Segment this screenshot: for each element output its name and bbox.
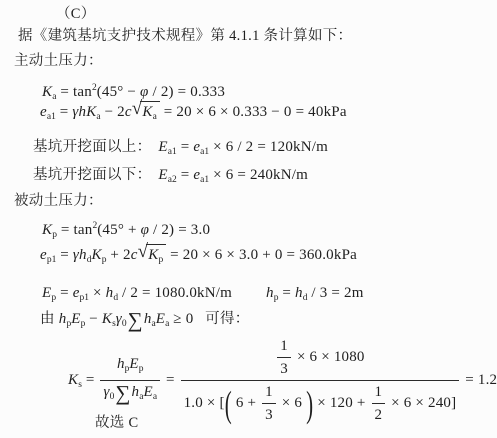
formula-ks: Ks = hpEpγ0∑haEa = 13 × 6 × 10801.0 × [(…: [68, 336, 497, 425]
fraction-numerator: 13 × 6 × 1080: [181, 336, 460, 380]
math-token: −: [85, 311, 102, 327]
math-token: e: [40, 247, 47, 263]
math-token: c: [125, 104, 132, 120]
math-token: e: [73, 285, 80, 301]
math-token: 0: [122, 319, 127, 329]
fraction: 13 × 6 × 10801.0 × [( 6 + 13 × 6 ) × 120…: [181, 336, 460, 425]
intro-text: 据《建筑基坑支护技术规程》第 4.1.1 条计算如下：: [18, 27, 352, 45]
math-token: + 2: [106, 247, 130, 263]
math-token: p1: [80, 293, 90, 303]
passive-pressure-heading: 被动土压力：: [14, 192, 103, 210]
math-token: 由: [40, 311, 59, 327]
math-token: E: [42, 285, 51, 301]
math-token: K: [142, 104, 152, 120]
math-token: (: [225, 390, 232, 418]
math-token: × 6 / 2 = 120kN/m: [209, 139, 328, 155]
radicand: Ka: [140, 101, 159, 127]
math-token: a1: [168, 147, 177, 157]
math-token: = 1.286: [461, 372, 497, 388]
math-token: =: [56, 104, 73, 120]
math-token: h: [266, 285, 274, 301]
math-token: K: [68, 372, 78, 388]
fraction-numerator: hpEp: [100, 354, 160, 380]
document-page: （C） 据《建筑基坑支护技术规程》第 4.1.1 条计算如下： 主动土压力： K…: [0, 0, 497, 438]
math-token: γhK: [72, 104, 96, 120]
math-token: 1: [375, 384, 383, 400]
math-token: 1: [265, 384, 273, 400]
square-root: √Kp: [138, 244, 167, 270]
math-token: 3: [265, 407, 273, 423]
math-token: K: [148, 247, 158, 263]
math-token: a: [153, 392, 157, 402]
math-token: 1.0 × [: [184, 395, 225, 411]
fraction-numerator: 1: [262, 382, 276, 403]
conclusion-text: 故选 C: [95, 414, 139, 432]
math-token: 6 +: [232, 395, 260, 411]
fraction-numerator: 1: [372, 382, 386, 403]
math-token: ≥ 0: [169, 311, 193, 327]
math-token: × 6 = 240kN/m: [209, 167, 308, 183]
math-token: 可得：: [193, 311, 249, 327]
math-token: K: [102, 311, 112, 327]
formula-kp: Kp = tan2(45° + φ / 2) = 3.0: [42, 216, 210, 245]
math-token: φ: [141, 222, 150, 238]
math-token: a1: [200, 175, 209, 185]
math-token: = 20 × 6 × 0.333 − 0 = 40kPa: [160, 104, 347, 120]
square-root: √Ka: [132, 101, 160, 127]
below-excavation-label: 基坑开挖面以下：: [33, 167, 151, 183]
math-token: × 120 +: [313, 395, 369, 411]
math-token: E: [158, 139, 167, 155]
math-token: / 3 = 2m: [307, 285, 363, 301]
math-token: / 2) = 0.333: [149, 84, 225, 100]
formula-ea1: ea1 = γhKa − 2c√Ka = 20 × 6 × 0.333 − 0 …: [40, 101, 347, 127]
math-token: γh: [73, 247, 87, 263]
formula-ep1: ep1 = γhdKp + 2c√Kp = 20 × 6 × 3.0 + 0 =…: [40, 244, 357, 270]
formula-Ep: Ep = ep1 × hd / 2 = 1080.0kN/m: [42, 285, 232, 301]
math-token: c: [131, 247, 138, 263]
math-token: =: [177, 167, 194, 183]
math-token: E: [158, 167, 167, 183]
fraction-denominator: γ0∑haEa: [100, 380, 160, 407]
math-token: E: [156, 311, 165, 327]
math-token: =: [56, 247, 73, 263]
math-token: 2: [375, 407, 383, 423]
math-token: h: [295, 285, 303, 301]
math-token: × 6 × 240]: [387, 395, 456, 411]
fraction: 13: [277, 336, 291, 379]
passive-results-line: Ep = ep1 × hd / 2 = 1080.0kN/mhp = hd / …: [42, 283, 364, 308]
math-token: p: [139, 364, 144, 374]
summation-symbol: ∑: [127, 308, 144, 332]
math-token: × 6 × 1080: [293, 349, 365, 365]
math-token: E: [71, 311, 80, 327]
fraction: hpEpγ0∑haEa: [100, 354, 160, 407]
math-token: = tan: [56, 84, 92, 100]
math-token: K: [42, 222, 52, 238]
radicand: Kp: [146, 244, 166, 270]
summation-symbol: ∑: [114, 381, 131, 405]
math-token: =: [56, 285, 73, 301]
formula-Ea1: Ea1 = ea1 × 6 / 2 = 120kN/m: [158, 139, 328, 155]
active-pressure-heading: 主动土压力：: [14, 52, 103, 70]
math-token: p: [158, 255, 163, 265]
math-token: h: [117, 356, 125, 372]
formula-stability-condition: 由 hpEp − Ksγ0∑haEa ≥ 0 可得：: [40, 309, 250, 334]
math-token: × 6: [278, 395, 306, 411]
math-token: = tan: [57, 222, 93, 238]
fraction-denominator: 2: [372, 403, 386, 425]
math-token: 3: [280, 361, 288, 377]
math-token: =: [82, 372, 99, 388]
math-token: h: [144, 311, 152, 327]
above-excavation-line: 基坑开挖面以上：Ea1 = ea1 × 6 / 2 = 120kN/m: [33, 137, 328, 162]
math-token: (45° +: [97, 222, 140, 238]
above-excavation-label: 基坑开挖面以上：: [33, 139, 151, 155]
fraction: 12: [372, 382, 386, 425]
math-token: a1: [200, 147, 209, 157]
math-token: a: [153, 112, 157, 122]
fraction-numerator: 1: [277, 336, 291, 357]
math-token: e: [40, 104, 47, 120]
math-token: / 2) = 3.0: [149, 222, 210, 238]
math-token: a2: [168, 175, 177, 185]
formula-hp: hp = hd / 3 = 2m: [266, 285, 364, 301]
below-excavation-line: 基坑开挖面以下：Ea2 = ea1 × 6 = 240kN/m: [33, 165, 308, 190]
math-token: p1: [47, 255, 57, 265]
answer-label: （C）: [56, 5, 96, 23]
math-token: K: [91, 247, 101, 263]
formula-Ea2: Ea2 = ea1 × 6 = 240kN/m: [158, 167, 308, 183]
fraction: 13: [262, 382, 276, 425]
fraction-denominator: 3: [277, 357, 291, 379]
math-token: 1: [280, 338, 288, 354]
fraction-denominator: 1.0 × [( 6 + 13 × 6 ) × 120 + 12 × 6 × 2…: [181, 380, 460, 425]
fraction-denominator: 3: [262, 403, 276, 425]
math-token: ×: [89, 285, 106, 301]
math-token: =: [162, 372, 179, 388]
math-token: / 2 = 1080.0kN/m: [118, 285, 232, 301]
math-token: E: [143, 384, 152, 400]
math-token: − 2: [101, 104, 125, 120]
math-token: a1: [47, 112, 56, 122]
math-token: = 20 × 6 × 3.0 + 0 = 360.0kPa: [166, 247, 357, 263]
math-token: =: [278, 285, 295, 301]
math-token: E: [129, 356, 138, 372]
math-token: =: [177, 139, 194, 155]
math-token: ): [306, 390, 313, 418]
math-token: K: [42, 84, 52, 100]
